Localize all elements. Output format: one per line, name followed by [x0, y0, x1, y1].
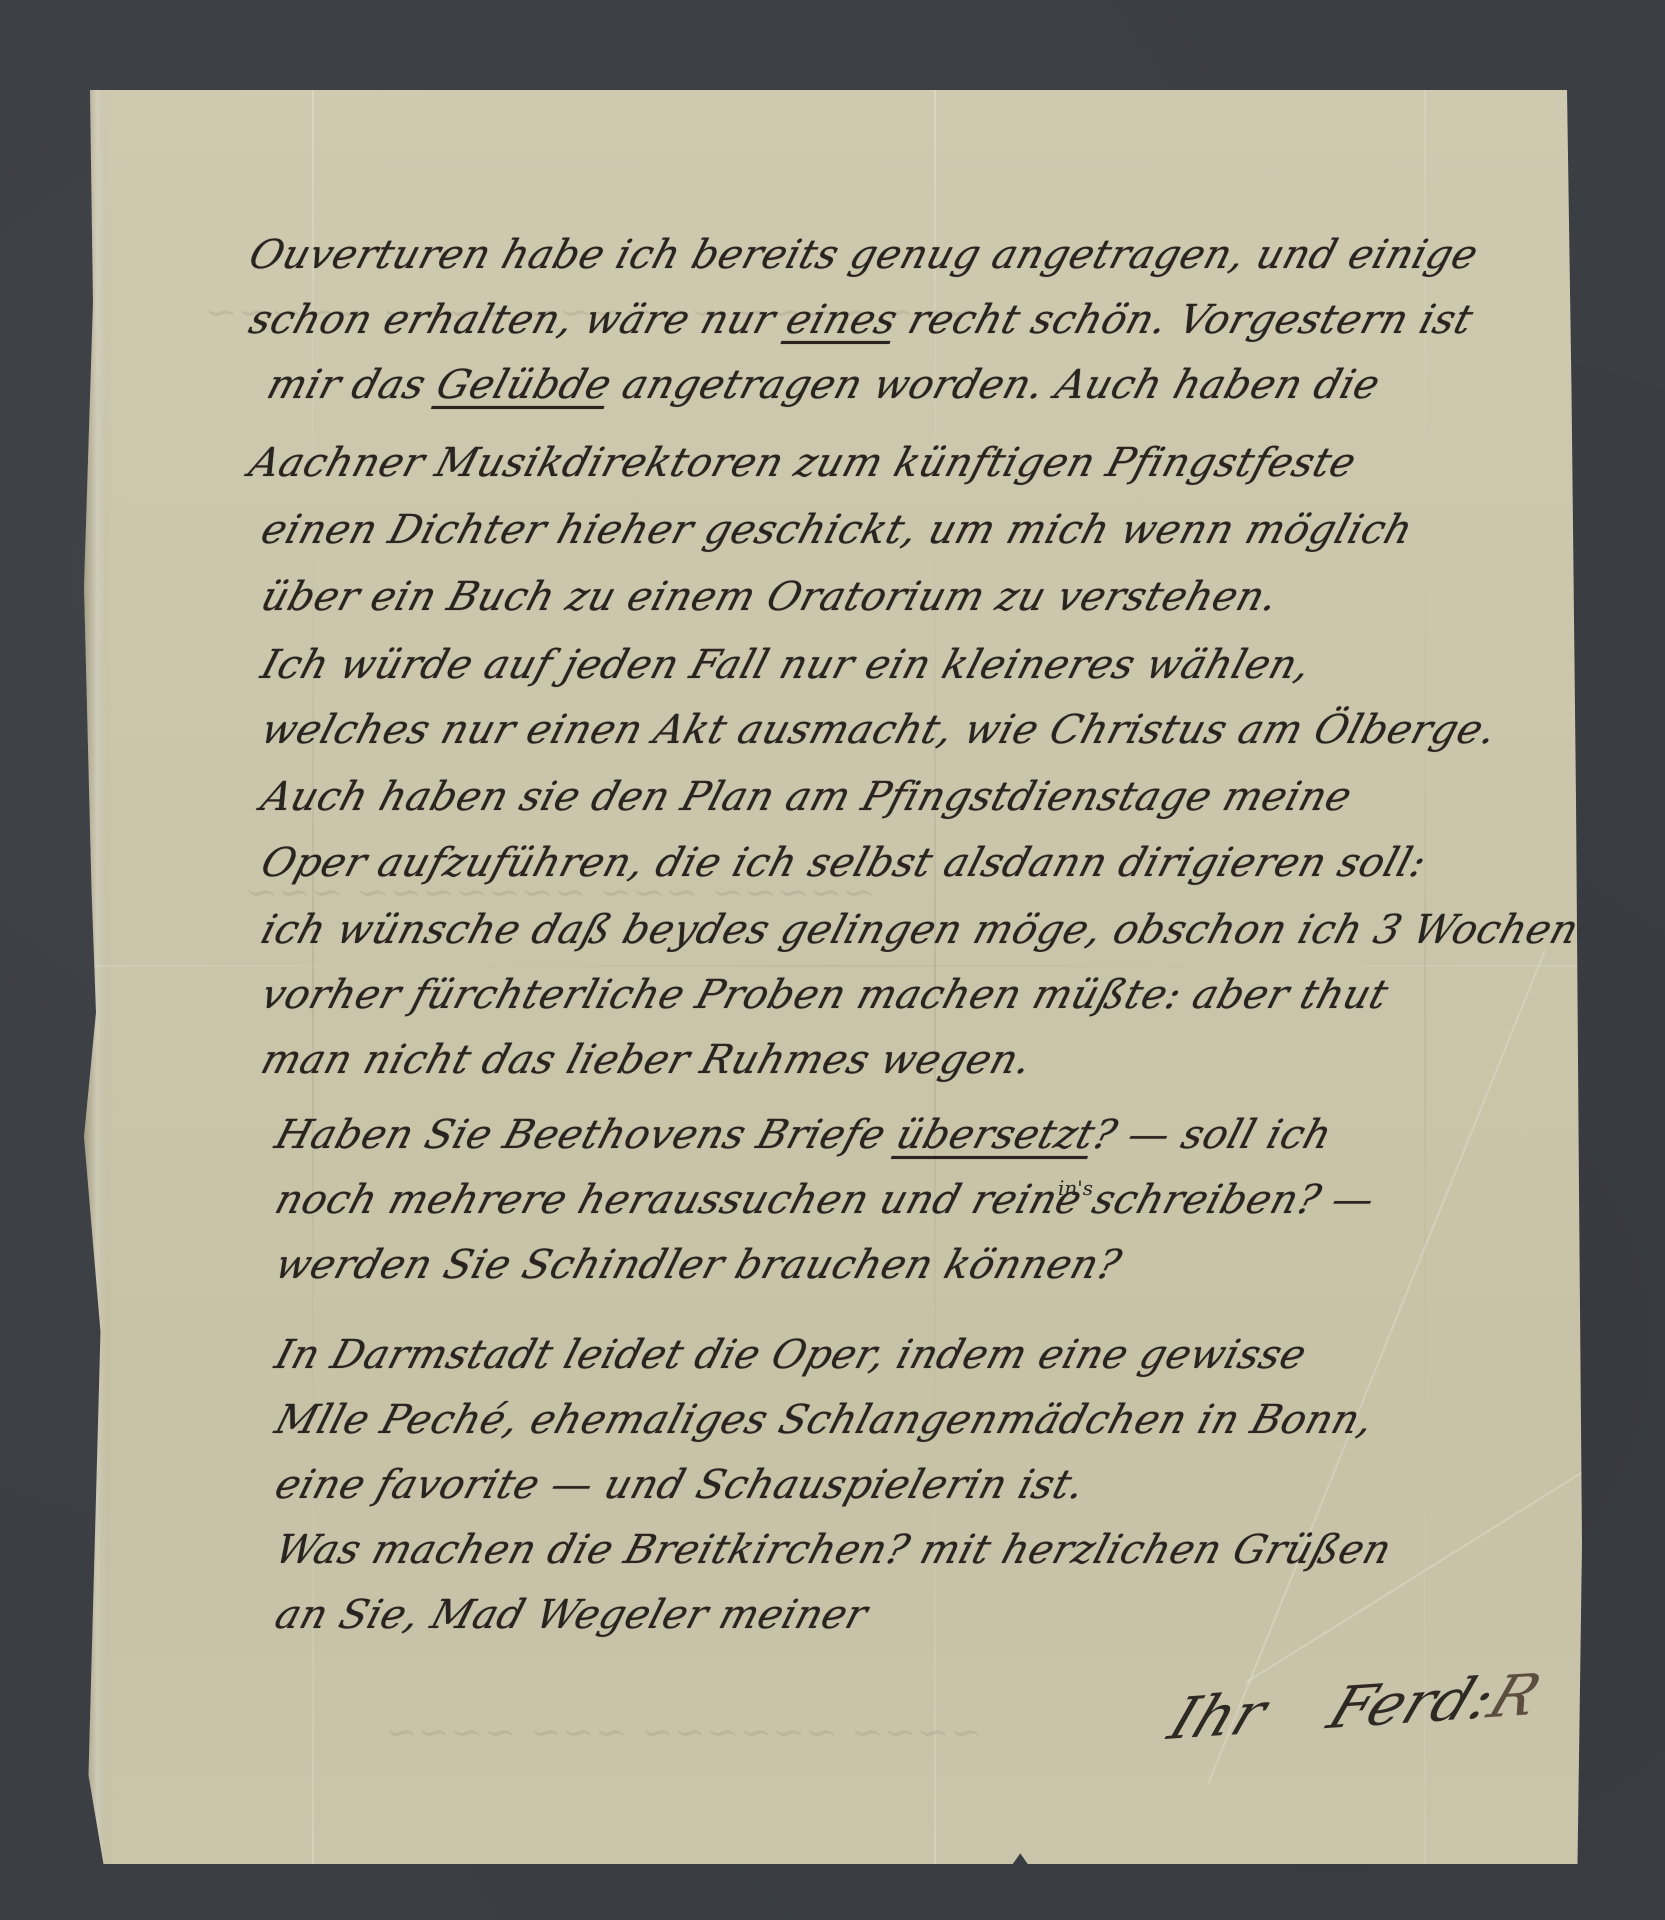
letter-line-19: eine favorite — und Schauspielerin ist. [270, 1462, 1090, 1508]
letter-line-21: an Sie, Mad Wegeler meiner [270, 1592, 873, 1638]
line-text: Was machen die Breitkirchen? mit herzlic… [270, 1527, 1397, 1573]
letter-line-12: vorher fürchterliche Proben machen müßte… [256, 972, 1394, 1018]
line-text: Auch haben sie den Plan am Pfingstdienst… [256, 774, 1357, 820]
signature-name: Ferd: [1319, 1663, 1505, 1742]
paper-crease [1424, 90, 1426, 1864]
letter-line-10: Oper aufzuführen, die ich selbst alsdann… [256, 840, 1432, 886]
letter-line-3: mir das Gelübde angetragen worden. Auch … [262, 362, 1385, 408]
letter-line-20: Was machen die Breitkirchen? mit herzlic… [270, 1527, 1397, 1573]
line-text: ich wünsche daß beydes gelingen möge, ob… [256, 907, 1584, 953]
letter-line-18: Mlle Peché, ehemaliges Schlangenmädchen … [270, 1397, 1379, 1443]
line-text: werden Sie Schindler brauchen können? [270, 1242, 1126, 1288]
reverse-show-through: ~~~~ ~~~~~~ ~~~ ~~~~ [379, 1710, 987, 1754]
line-text: welches nur einen Akt ausmacht, wie Chri… [256, 707, 1502, 753]
interlinear-insertion: in's [1058, 1176, 1093, 1200]
underlined-word: eines [781, 297, 903, 343]
line-text: noch mehrere heraussuchen und [270, 1177, 980, 1223]
line-text: angetragen worden. Auch haben die [604, 362, 1385, 408]
line-text: an Sie, Mad Wegeler meiner [270, 1592, 873, 1638]
line-text: In Darmstadt leidet die Oper, indem eine… [270, 1332, 1312, 1378]
letter-line-9: Auch haben sie den Plan am Pfingstdienst… [256, 774, 1357, 820]
letter-line-13: man nicht das lieber Ruhmes wegen. [256, 1037, 1037, 1083]
line-text: reine schreiben? — [967, 1177, 1380, 1223]
line-text: ? — soll ich [1087, 1112, 1337, 1158]
line-text: über ein Buch zu einem Oratorium zu vers… [256, 574, 1284, 620]
letter-line-17: In Darmstadt leidet die Oper, indem eine… [270, 1332, 1312, 1378]
line-text: Ouverturen habe ich bereits genug angetr… [244, 232, 1483, 278]
line-text: schon erhalten, wäre nur [244, 297, 794, 343]
paper-crease [1245, 1470, 1585, 1684]
letter-line-7: Ich würde auf jeden Fall nur ein kleiner… [256, 642, 1316, 688]
letter-line-6: über ein Buch zu einem Oratorium zu vers… [256, 574, 1284, 620]
line-text: man nicht das lieber Ruhmes wegen. [256, 1037, 1037, 1083]
line-text: einen Dichter hieher geschickt, um mich … [256, 507, 1418, 553]
letter-line-14: Haben Sie Beethovens Briefe übersetzt? —… [270, 1112, 1337, 1158]
letter-line-1: Ouverturen habe ich bereits genug angetr… [244, 232, 1483, 278]
letter-line-2: schon erhalten, wäre nur eines recht sch… [244, 297, 1478, 343]
line-text: Aachner Musikdirektoren zum künftigen Pf… [244, 440, 1361, 486]
line-text: Oper aufzuführen, die ich selbst alsdann… [256, 840, 1432, 886]
line-text: mir das [262, 362, 444, 408]
line-text: vorher fürchterliche Proben machen müßte… [256, 972, 1394, 1018]
line-text: Haben Sie Beethovens Briefe [270, 1112, 904, 1158]
line-text: Mlle Peché, ehemaliges Schlangenmädchen … [270, 1397, 1379, 1443]
letter-line-5: einen Dichter hieher geschickt, um mich … [256, 507, 1418, 553]
paper-crease [84, 965, 1582, 967]
underlined-word: Gelübde [431, 362, 617, 408]
letter-line-11: ich wünsche daß beydes gelingen möge, ob… [256, 907, 1584, 953]
letter-line-4: Aachner Musikdirektoren zum künftigen Pf… [244, 440, 1361, 486]
letter-line-16: werden Sie Schindler brauchen können? [270, 1242, 1126, 1288]
line-text: eine favorite — und Schauspielerin ist. [270, 1462, 1090, 1508]
line-text: Ich würde auf jeden Fall nur ein kleiner… [256, 642, 1316, 688]
letter-line-15: noch mehrere heraussuchen und reine schr… [270, 1177, 1380, 1223]
line-text: recht schön. Vorgestern ist [890, 297, 1479, 343]
underlined-word: übersetzt [891, 1112, 1100, 1158]
letter-line-8: welches nur einen Akt ausmacht, wie Chri… [256, 707, 1502, 753]
